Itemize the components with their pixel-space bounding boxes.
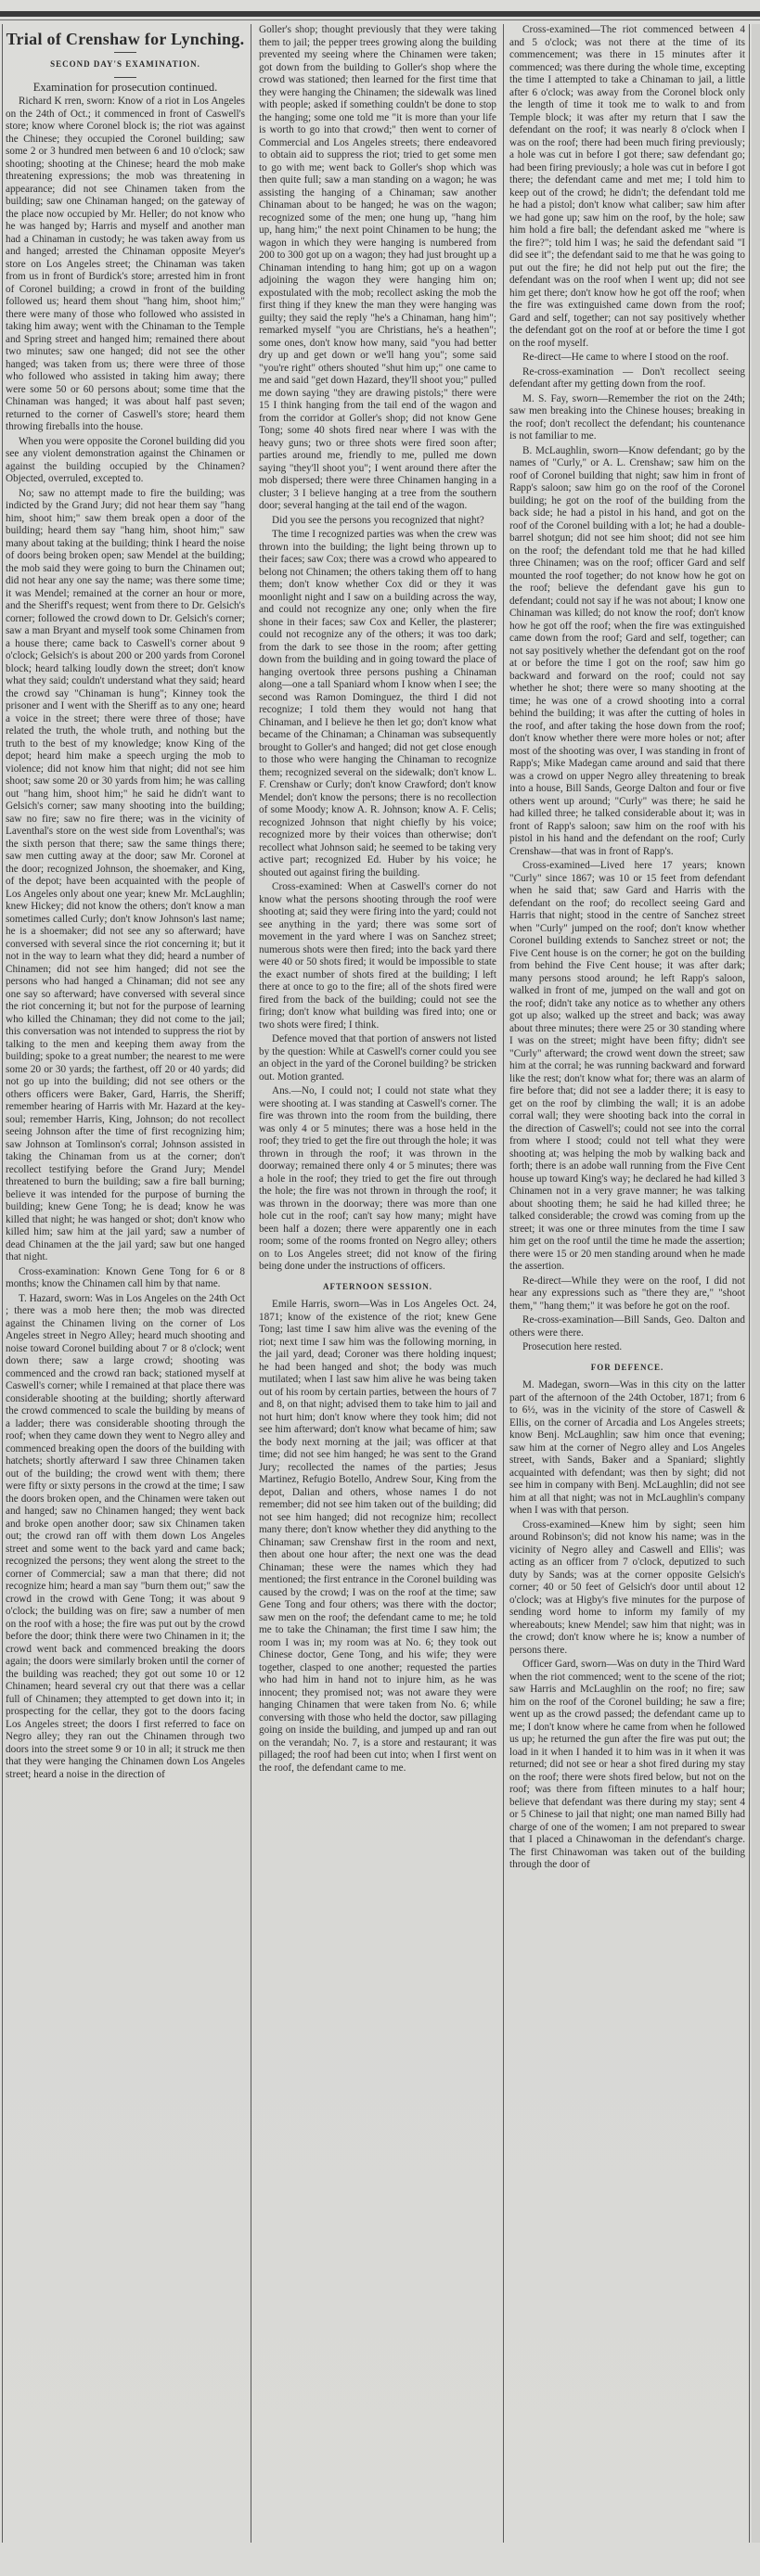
column-1: Trial of Crenshaw for Lynching. SECOND D… [6,24,245,2540]
paragraph: Did you see the persons you recognized t… [259,515,496,528]
section-heading-afternoon: AFTERNOON SESSION. [259,1281,496,1294]
top-thin-rule [0,19,760,20]
newspaper-page: Trial of Crenshaw for Lynching. SECOND D… [0,0,760,2576]
paragraph: Cross-examined—The riot commenced betwee… [509,24,745,350]
paragraph: Re-direct—He came to where I stood on th… [509,352,745,365]
paragraph: B. McLaughlin, sworn—Know defendant; go … [509,445,745,859]
paragraph: Officer Gard, sworn—Was on duty in the T… [509,1659,745,1872]
paragraph: Goller's shop; thought previously that t… [259,24,496,513]
paragraph: Richard K rren, sworn: Know of a riot in… [6,96,245,434]
article-lead: Examination for prosecution continued. [6,82,245,95]
paragraph: Cross-examination: Known Gene Tong for 6… [6,1266,245,1291]
paragraph: Re-cross-examination — Don't recollect s… [509,366,745,391]
column-2: Goller's shop; thought previously that t… [259,24,496,2540]
paragraph: M. Madegan, sworn—Was in this city on th… [509,1379,745,1518]
paragraph: Ans.—No, I could not; I could not state … [259,1085,496,1274]
paragraph: Defence moved that that portion of answe… [259,1033,496,1083]
paragraph: Emile Harris, sworn—Was in Los Angeles O… [259,1299,496,1775]
divider [114,52,136,53]
article-headline: Trial of Crenshaw for Lynching. [6,30,245,48]
paragraph: Cross-examined: When at Caswell's corner… [259,881,496,1032]
column-3: Cross-examined—The riot commenced betwee… [509,24,745,2540]
adjacent-column-edge [752,24,760,2543]
article-subhead: SECOND DAY'S EXAMINATION. [6,58,245,71]
column-rule-left [2,24,3,2543]
column-rule-1 [251,24,251,2543]
paragraph: Re-cross-examination—Bill Sands, Geo. Da… [509,1314,745,1339]
column-rule-2 [503,24,504,2543]
paragraph: T. Hazard, sworn: Was in Los Angeles on … [6,1293,245,1782]
top-heavy-rule [0,11,760,17]
section-heading-defence: FOR DEFENCE. [509,1362,745,1375]
paragraph: Prosecution here rested. [509,1341,745,1354]
column-rule-right [749,24,750,2543]
paragraph: When you were opposite the Coronel build… [6,436,245,486]
paragraph: Cross-examined—Lived here 17 years; know… [509,860,745,1274]
paragraph: Re-direct—While they were on the roof, I… [509,1275,745,1314]
paragraph: The time I recognized parties was when t… [259,529,496,879]
paragraph: M. S. Fay, sworn—Remember the riot on th… [509,393,745,443]
divider [114,77,136,78]
paragraph: No; saw no attempt made to fire the buil… [6,488,245,1264]
paragraph: Cross-examined—Knew him by sight; seen h… [509,1519,745,1658]
